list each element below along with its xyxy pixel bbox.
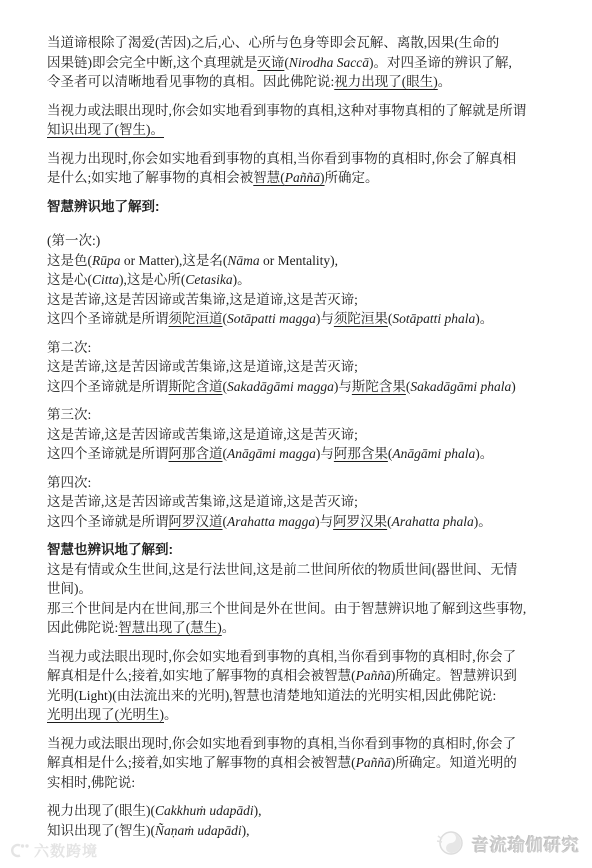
text-segment: )。	[475, 446, 493, 461]
text-line: 当道谛根除了渴爱(苦因)之后,心、心所与色身等即会瓦解、离散,因果(生命的	[47, 33, 549, 53]
text-segment: 这四个圣谛就是所谓	[47, 311, 169, 326]
text-line: 这四个圣谛就是所谓阿罗汉道(Arahatta magga)与阿罗汉果(Araha…	[47, 512, 549, 532]
text-segment: )。	[233, 272, 251, 287]
text-segment: 视力出现了(眼生)(	[47, 803, 155, 818]
text-segment: 智慧出现了(慧生)	[118, 620, 222, 635]
watermark-left: 六数跨境	[8, 840, 98, 861]
paragraph-block: 智慧也辨识地了解到:这是有情或众生世间,这是行法世间,这是前二世间所依的物质世间…	[47, 540, 549, 638]
text-segment: 是什么;如实地了解事物的真相会被	[47, 170, 253, 185]
paragraph-block: 第三次:这是苦谛,这是苦因谛或苦集谛,这是道谛,这是苦灭谛;这四个圣谛就是所谓阿…	[47, 405, 549, 464]
text-segment: 光明出现了(光明生)	[47, 707, 164, 722]
text-segment: 当道谛根除了渴爱(苦因)之后,心、心所与色身等即会瓦解、离散,因果(生命的	[47, 35, 499, 50]
text-segment: 。	[164, 707, 178, 722]
text-segment: 。	[438, 74, 452, 89]
text-segment: 阿罗汉果	[333, 514, 387, 529]
text-segment: Arahatta magga	[227, 514, 315, 529]
text-line: 这是苦谛,这是苦因谛或苦集谛,这是道谛,这是苦灭谛;	[47, 290, 549, 310]
text-segment: 这四个圣谛就是所谓	[47, 379, 169, 394]
text-segment: Sotāpatti magga	[227, 311, 316, 326]
text-line: (第一次:)	[47, 231, 549, 251]
text-line: 令圣者可以清晰地看见事物的真相。因此佛陀说:视力出现了(眼生)。	[47, 72, 549, 92]
text-segment: 斯陀含道	[169, 379, 223, 394]
text-line: 当视力出现时,你会如实地看到事物的真相,当你看到事物的真相时,你会了解真相	[47, 149, 549, 169]
text-segment: 实相时,佛陀说:	[47, 775, 135, 790]
text-segment: 当视力或法眼出现时,你会如实地看到事物的真相,这种对事物真相的了解就是所谓	[47, 103, 526, 118]
text-segment: 那三个世间是内在世间,那三个世间是外在世间。由于智慧辨识地了解到这些事物,	[47, 601, 526, 616]
text-segment: 斯陀含果	[352, 379, 406, 394]
text-line: 这是苦谛,这是苦因谛或苦集谛,这是道谛,这是苦灭谛;	[47, 425, 549, 445]
text-segment: Paññā	[285, 170, 320, 185]
text-segment: 解真相是什么;接着,如实地了解事物的真相会被智慧(	[47, 755, 356, 770]
text-segment: 。	[222, 620, 236, 635]
text-segment: )。	[475, 311, 493, 326]
text-segment: 因果链)即会完全中断,这个真理就是	[47, 55, 257, 70]
text-segment: )。	[474, 514, 492, 529]
text-segment: 须陀洹果	[334, 311, 388, 326]
text-line: 第四次:	[47, 473, 549, 493]
text-line: 这四个圣谛就是所谓阿那含道(Anāgāmi magga)与阿那含果(Anāgām…	[47, 444, 549, 464]
text-segment: Paññā	[356, 668, 391, 683]
text-line: 知识出现了(智生)。	[47, 120, 549, 140]
text-segment: )	[511, 379, 516, 394]
text-line: 这是心(Citta),这是心所(Cetasika)。	[47, 270, 549, 290]
text-segment: Nirodha Saccā	[289, 55, 369, 70]
paragraph-block: 当视力或法眼出现时,你会如实地看到事物的真相,当你看到事物的真相时,你会了解真相…	[47, 647, 549, 725]
text-segment: 这四个圣谛就是所谓	[47, 446, 169, 461]
text-segment: Paññā	[356, 755, 391, 770]
text-segment: )。对四圣谛的辨识了解,	[369, 55, 512, 70]
text-segment: 这是有情或众生世间,这是行法世间,这是前二世间所依的物质世间(器世间、无情	[47, 562, 517, 577]
text-line: 这是苦谛,这是苦因谛或苦集谛,这是道谛,这是苦灭谛;	[47, 357, 549, 377]
paragraph-block: 第二次:这是苦谛,这是苦因谛或苦集谛,这是道谛,这是苦灭谛;这四个圣谛就是所谓斯…	[47, 338, 549, 397]
heading-block: 智慧辨识地了解到:	[47, 197, 549, 217]
text-segment: 令圣者可以清晰地看见事物的真相。因此佛陀说:	[47, 74, 334, 89]
text-segment: ),这是心所(	[119, 272, 185, 287]
text-segment: 这是苦谛,这是苦因谛或苦集谛,这是道谛,这是苦灭谛;	[47, 494, 358, 509]
paragraph-block: 当视力或法眼出现时,你会如实地看到事物的真相,这种对事物真相的了解就是所谓知识出…	[47, 101, 549, 140]
text-segment: )与	[316, 446, 334, 461]
text-segment: 知识出现了(智生)。	[47, 122, 164, 137]
watermark-right-label: 音流瑜伽研究	[472, 831, 580, 856]
text-line: 光明(Light)(由法流出来的光明),智慧也清楚地知道法的光明实相,因此佛陀说…	[47, 686, 549, 706]
text-segment: 第三次:	[47, 407, 91, 422]
text-line: 光明出现了(光明生)。	[47, 705, 549, 725]
text-line: 当视力或法眼出现时,你会如实地看到事物的真相,当你看到事物的真相时,你会了	[47, 734, 549, 754]
watermark-left-label: 六数跨境	[34, 840, 98, 861]
text-segment: 世间)。	[47, 581, 92, 596]
swirl-circle-logo-icon	[435, 828, 465, 858]
watermark-right: 音流瑜伽研究	[435, 828, 580, 858]
text-segment: 阿罗汉道	[169, 514, 223, 529]
text-line: 那三个世间是内在世间,那三个世间是外在世间。由于智慧辨识地了解到这些事物,	[47, 599, 549, 619]
text-segment: ),	[254, 803, 262, 818]
text-line: 当视力或法眼出现时,你会如实地看到事物的真相,这种对事物真相的了解就是所谓	[47, 101, 549, 121]
paragraph-block: 当视力出现时,你会如实地看到事物的真相,当你看到事物的真相时,你会了解真相是什么…	[47, 149, 549, 188]
text-line: 视力出现了(眼生)(Cakkhuṁ udapādi),	[47, 801, 549, 821]
paragraph-block: 当道谛根除了渴爱(苦因)之后,心、心所与色身等即会瓦解、离散,因果(生命的因果链…	[47, 33, 549, 92]
text-line: 这是苦谛,这是苦因谛或苦集谛,这是道谛,这是苦灭谛;	[47, 492, 549, 512]
text-line: 这是色(Rūpa or Matter),这是名(Nāma or Mentalit…	[47, 251, 549, 271]
text-segment: )所确定。知道光明的	[391, 755, 517, 770]
text-line: 因此佛陀说:智慧出现了(慧生)。	[47, 618, 549, 638]
text-line: 第三次:	[47, 405, 549, 425]
text-segment: 这是苦谛,这是苦因谛或苦集谛,这是道谛,这是苦灭谛;	[47, 292, 358, 307]
text-segment: 这是苦谛,这是苦因谛或苦集谛,这是道谛,这是苦灭谛;	[47, 427, 358, 442]
text-segment: 所确定。	[325, 170, 379, 185]
text-line: 智慧也辨识地了解到:	[47, 540, 549, 560]
text-line: 第二次:	[47, 338, 549, 358]
text-segment: 智慧(	[253, 170, 285, 185]
text-segment: 光明(Light)(由法流出来的光明),智慧也清楚地知道法的光明实相,因此佛陀说…	[47, 688, 496, 703]
text-line: 是什么;如实地了解事物的真相会被智慧(Paññā)所确定。	[47, 168, 549, 188]
text-segment: or Matter),这是名(	[121, 253, 228, 268]
text-segment: Citta	[92, 272, 119, 287]
text-segment: )与	[316, 311, 334, 326]
text-segment: 这是心(	[47, 272, 92, 287]
text-segment: )与	[334, 379, 352, 394]
text-segment: or Mentality),	[260, 253, 338, 268]
text-segment: Nāma	[227, 253, 259, 268]
text-segment: 阿那含道	[169, 446, 223, 461]
text-segment: ),	[242, 823, 250, 838]
text-line: 世间)。	[47, 579, 549, 599]
text-segment: Ñaṇaṁ udapādi	[155, 823, 242, 838]
text-segment: Sakadāgāmi phala	[410, 379, 511, 394]
paragraph-block: 当视力或法眼出现时,你会如实地看到事物的真相,当你看到事物的真相时,你会了解真相…	[47, 734, 549, 793]
text-segment: 当视力或法眼出现时,你会如实地看到事物的真相,当你看到事物的真相时,你会了	[47, 736, 516, 751]
text-segment: Rūpa	[92, 253, 121, 268]
text-segment: 阿那含果	[334, 446, 388, 461]
text-line: 解真相是什么;接着,如实地了解事物的真相会被智慧(Paññā)所确定。知道光明的	[47, 753, 549, 773]
text-segment: 第二次:	[47, 340, 91, 355]
text-line: 这四个圣谛就是所谓须陀洹道(Sotāpatti magga)与须陀洹果(Sotā…	[47, 309, 549, 329]
text-segment: Anāgāmi phala	[392, 446, 475, 461]
text-segment: Cetasika	[185, 272, 232, 287]
text-line: 因果链)即会完全中断,这个真理就是灭谛(Nirodha Saccā)。对四圣谛的…	[47, 53, 549, 73]
text-segment: 智慧也辨识地了解到:	[47, 542, 173, 557]
paragraph-block: 第四次:这是苦谛,这是苦因谛或苦集谛,这是道谛,这是苦灭谛;这四个圣谛就是所谓阿…	[47, 473, 549, 532]
text-segment: 灭谛	[257, 55, 284, 70]
text-segment: Sotāpatti phala	[392, 311, 475, 326]
text-segment: 智慧辨识地了解到:	[47, 199, 160, 214]
paragraph-block: (第一次:)这是色(Rūpa or Matter),这是名(Nāma or Me…	[47, 231, 549, 329]
six-data-logo-icon	[8, 842, 30, 859]
text-segment: Sakadāgāmi magga	[227, 379, 334, 394]
text-segment: Cakkhuṁ udapādi	[155, 803, 254, 818]
text-segment: 知识出现了(智生)(	[47, 823, 155, 838]
text-line: 智慧辨识地了解到:	[47, 197, 549, 217]
text-segment: 这是色(	[47, 253, 92, 268]
text-segment: 须陀洹道	[169, 311, 223, 326]
text-segment: 这四个圣谛就是所谓	[47, 514, 169, 529]
text-segment: 当视力或法眼出现时,你会如实地看到事物的真相,当你看到事物的真相时,你会了	[47, 649, 516, 664]
text-line: 这四个圣谛就是所谓斯陀含道(Sakadāgāmi magga)与斯陀含果(Sak…	[47, 377, 549, 397]
text-segment: Anāgāmi magga	[227, 446, 316, 461]
text-segment: )与	[315, 514, 333, 529]
text-segment: )所确定。智慧辨识到	[391, 668, 517, 683]
text-segment: Arahatta phala	[392, 514, 474, 529]
text-segment: 因此佛陀说:	[47, 620, 118, 635]
text-line: 这是有情或众生世间,这是行法世间,这是前二世间所依的物质世间(器世间、无情	[47, 560, 549, 580]
text-segment: 视力出现了(眼生)	[334, 74, 438, 89]
text-line: 实相时,佛陀说:	[47, 773, 549, 793]
text-segment: 第四次:	[47, 475, 91, 490]
text-segment: 解真相是什么;接着,如实地了解事物的真相会被智慧(	[47, 668, 356, 683]
document-body: 当道谛根除了渴爱(苦因)之后,心、心所与色身等即会瓦解、离散,因果(生命的因果链…	[47, 33, 549, 849]
text-line: 解真相是什么;接着,如实地了解事物的真相会被智慧(Paññā)所确定。智慧辨识到	[47, 666, 549, 686]
text-line: 当视力或法眼出现时,你会如实地看到事物的真相,当你看到事物的真相时,你会了	[47, 647, 549, 667]
text-segment: 这是苦谛,这是苦因谛或苦集谛,这是道谛,这是苦灭谛;	[47, 359, 358, 374]
text-segment: (第一次:)	[47, 233, 100, 248]
text-segment: 当视力出现时,你会如实地看到事物的真相,当你看到事物的真相时,你会了解真相	[47, 151, 516, 166]
